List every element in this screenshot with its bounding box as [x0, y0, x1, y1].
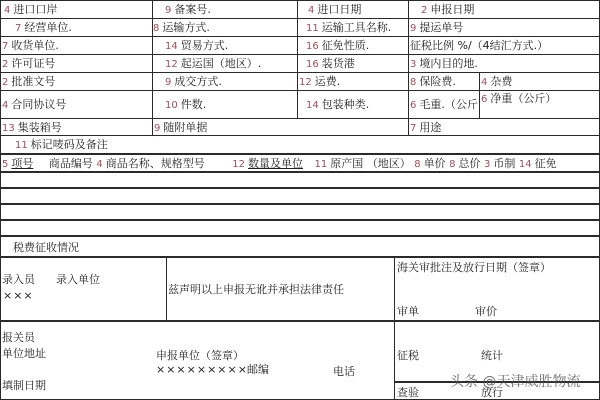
- entry-unit-label: 录入单位: [56, 272, 100, 288]
- field-attached-documents: 9随附单据: [152, 118, 409, 136]
- field-import-date: 4进口日期: [297, 0, 409, 19]
- field-package-type: 14包装种类.: [297, 90, 409, 119]
- field-gross-weight: 6毛重.（公斤）: [408, 90, 480, 119]
- customs-declaration-form: 4进口口岸 9备案号. 4进口日期 2申报日期 7经营单位. 8运输方式. 11…: [0, 0, 600, 400]
- goods-row-3: [0, 203, 600, 220]
- field-transport-mode: 8运输方式.: [152, 18, 298, 37]
- field-domestic-destination: 3境内目的地.: [408, 54, 600, 73]
- goods-row-2: [0, 187, 600, 204]
- review-doc-label: 审单: [397, 304, 419, 320]
- postcode-label: 邮编: [247, 362, 269, 378]
- customs-approval-label: 海关审批注及放行日期（签章）: [397, 260, 551, 276]
- goods-header-row: 5项号 商品编号 4商品名称、规格型号 12数量及单位 11原产国 （地区） 8…: [0, 153, 600, 172]
- field-tax-ratio-settlement: 征税比例 %/（4结汇方式.）: [408, 36, 600, 55]
- inspect-label: 查验: [397, 385, 419, 400]
- field-marks-remarks: 11标记唛码及备注: [0, 135, 600, 154]
- watermark: 头条 @天津威胜物流: [450, 371, 580, 391]
- field-operating-unit: 7经营单位.: [0, 18, 153, 37]
- tax-collection-row: 税费征收情况: [0, 235, 600, 257]
- entry-clerk-value: ×××: [3, 288, 34, 304]
- field-insurance: 8保险费.: [408, 72, 480, 91]
- goods-row-1: [0, 171, 600, 188]
- field-consignee: 7收货单位.: [0, 36, 153, 55]
- field-package-count: 10件数.: [152, 90, 298, 119]
- field-transaction-mode: 9成交方式.: [152, 72, 298, 91]
- field-container-number: 13集装箱号: [0, 118, 153, 136]
- field-approval-number: 2批准文号: [0, 72, 153, 91]
- fill-date-label: 填制日期: [2, 378, 46, 394]
- broker-label: 报关员: [2, 330, 35, 346]
- entry-clerk-cell: 录入员 录入单位 ×××: [0, 256, 167, 321]
- phone-label: 电话: [333, 364, 355, 380]
- field-exemption-nature: 16征免性质.: [297, 36, 409, 55]
- field-record-number: 9备案号.: [152, 0, 298, 19]
- declaration-statement-cell: 兹声明以上申报无讹并承担法律责任: [166, 256, 395, 321]
- field-declaration-date: 2申报日期: [408, 0, 600, 19]
- field-trade-mode: 14贸易方式.: [152, 36, 298, 55]
- declarant-cell: 报关员 单位地址 申报单位（签章） ××××××××× 邮编 电话 填制日期: [0, 320, 395, 400]
- field-license-number: 2许可证号: [0, 54, 153, 73]
- field-import-port: 4进口口岸: [0, 0, 153, 19]
- declarant-unit-value: ×××××××××: [156, 362, 248, 378]
- field-usage: 7用途: [408, 118, 600, 136]
- levy-label: 征税: [397, 348, 419, 364]
- field-bill-of-lading: 9提运单号: [408, 18, 600, 37]
- field-freight: 12运费.: [297, 72, 409, 91]
- field-miscellaneous-fees: 4杂费: [479, 72, 600, 91]
- field-net-weight: 6净重（公斤）: [479, 90, 600, 119]
- unit-address-label: 单位地址: [2, 346, 46, 362]
- review-price-label: 审价: [475, 304, 497, 320]
- customs-approval-cell: 海关审批注及放行日期（签章） 审单 审价: [394, 256, 600, 321]
- entry-clerk-label: 录入员: [2, 272, 35, 288]
- stats-label: 统计: [481, 348, 503, 364]
- field-loading-port: 16装货港: [297, 54, 409, 73]
- declaration-statement: 兹声明以上申报无讹并承担法律责任: [168, 282, 344, 298]
- field-contract-number: 4合同协议号: [0, 90, 153, 119]
- field-transport-vehicle-name: 11运输工具名称.: [297, 18, 409, 37]
- field-origin-country: 12起运国（地区）.: [152, 54, 298, 73]
- goods-row-4: [0, 219, 600, 236]
